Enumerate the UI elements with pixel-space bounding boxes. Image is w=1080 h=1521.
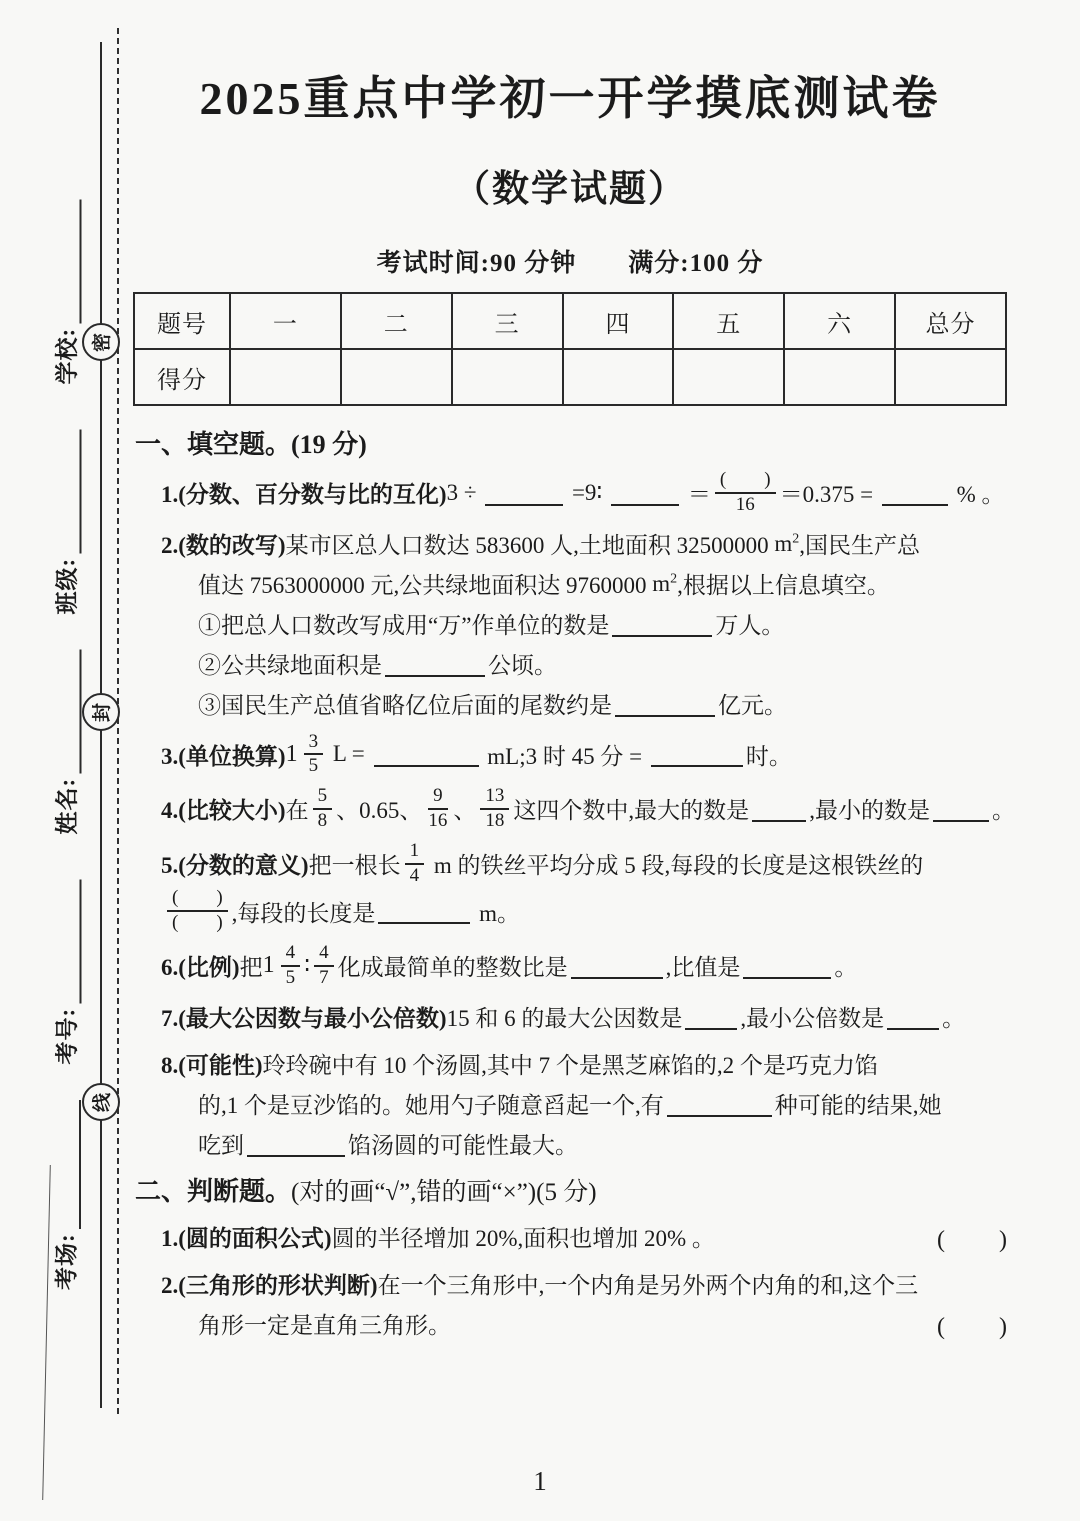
question: 4.(比较大小)在58、0.65、916、1318这四个数中,最大的数是,最小的…: [133, 785, 1015, 833]
whole-number: 1: [286, 741, 298, 768]
score-table-header-row: 题号一二三四五六总分: [134, 293, 1006, 349]
answer-blank: [247, 1131, 345, 1157]
question: 8.(可能性)玲玲碗中有 10 个汤圆,其中 7 个是黑芝麻馅的,2 个是巧克力…: [133, 1044, 1015, 1164]
answer-blank: [611, 480, 679, 506]
question-line: 5.(分数的意义)把一根长14 m 的铁丝平均分成 5 段,每段的长度是这根铁丝…: [133, 840, 1015, 888]
score-table-score-cell: [563, 349, 674, 405]
question-text: 种可能的结果,她: [775, 1087, 942, 1120]
score-table-score-cell: [895, 349, 1006, 405]
answer-blank: [743, 953, 831, 979]
question-text: 、0.65、: [336, 792, 422, 825]
denominator: 7: [317, 967, 331, 990]
question-text: ,国民生产总: [799, 527, 920, 560]
question-line: 1.(圆的面积公式)圆的半径增加 20%,面积也增加 20% 。( ): [133, 1217, 1015, 1257]
fraction: 14: [401, 840, 429, 888]
numerator: 5: [313, 785, 333, 810]
fraction: 58: [313, 785, 333, 833]
question-keyword: 1.(圆的面积公式): [161, 1220, 332, 1253]
question-text: L =: [327, 741, 370, 767]
seal-char-text: 线: [87, 1092, 114, 1111]
fraction: 58: [309, 785, 337, 833]
score-table-score-row: 得分: [134, 349, 1006, 405]
margin-label: 考场:: [51, 1100, 81, 1290]
fraction: ( )16: [715, 469, 776, 517]
fraction: 1318: [480, 785, 509, 833]
question-text: ＝: [682, 476, 711, 509]
question-line: ②公共绿地面积是公顷。: [133, 644, 1015, 684]
unit-with-superscript: m2: [774, 531, 799, 557]
question-text: ,比值是: [666, 949, 741, 982]
question-text: 时。: [746, 738, 792, 771]
question-text: 在: [286, 792, 309, 825]
exam-paper-page: 学校:班级:姓名:考号:考场: 密封线 2025重点中学初一开学摸底测试卷 （数…: [0, 0, 1080, 1521]
margin-label: 学校:: [51, 200, 81, 385]
margin-label: 班级:: [51, 430, 81, 615]
question-text: 、: [453, 792, 476, 825]
unit-exponent: 2: [670, 571, 677, 586]
question-text: ,每段的长度是: [232, 895, 376, 928]
margin-fill-line: [42, 1165, 51, 1500]
question: 1.(圆的面积公式)圆的半径增加 20%,面积也增加 20% 。( ): [133, 1217, 1015, 1257]
answer-blank: [685, 1004, 737, 1030]
question-line: 7.(最大公因数与最小公倍数)15 和 6 的最大公因数是,最小公倍数是。: [133, 997, 1015, 1037]
denominator: 5: [307, 755, 321, 778]
margin-label-text: 考场:: [48, 1233, 81, 1290]
question-text: 吃到: [198, 1127, 244, 1160]
question-text: 值达 7563000000 元,公共绿地面积达 9760000: [198, 567, 652, 600]
unit-exponent: 2: [792, 531, 799, 546]
score-table-score-cell: [784, 349, 895, 405]
denominator: 5: [284, 967, 298, 990]
margin-fill-blank: [57, 650, 81, 774]
question-text: ,根据以上信息填空。: [677, 567, 890, 600]
score-table-header-cell: 总分: [895, 293, 1006, 349]
denominator: 16: [734, 494, 757, 517]
question-text: m。: [473, 895, 520, 928]
fraction: ( )( ): [163, 887, 232, 935]
answer-blank: [374, 741, 479, 767]
score-table: 题号一二三四五六总分得分: [133, 292, 1007, 406]
question-text: 在一个三角形中,一个内角是另外两个内角的和,这个三: [378, 1267, 919, 1300]
question-line: 2.(数的改写)某市区总人口数达 583600 人,土地面积 32500000 …: [133, 524, 1015, 564]
score-table-score-cell: [452, 349, 563, 405]
fraction: 47: [314, 942, 334, 990]
seal-char: 线: [82, 1083, 120, 1121]
question-text: 的,1 个是豆沙馅的。她用勺子随意舀起一个,有: [198, 1087, 664, 1120]
answer-blank: [651, 741, 743, 767]
question-text: 某市区总人口数达 583600 人,土地面积 32500000: [286, 527, 775, 560]
score-table-score-cell: [230, 349, 341, 405]
question-keyword: 二、判断题。: [135, 1171, 291, 1208]
answer-parentheses: ( ): [937, 1306, 1009, 1341]
answer-blank: [615, 691, 715, 717]
question: 7.(最大公因数与最小公倍数)15 和 6 的最大公因数是,最小公倍数是。: [133, 997, 1015, 1037]
seal-char-text: 密: [87, 332, 114, 351]
seal-char: 封: [82, 693, 120, 731]
numerator: 9: [428, 785, 448, 810]
question-line: 4.(比较大小)在58、0.65、916、1318这四个数中,最大的数是,最小的…: [133, 785, 1015, 833]
numerator: 4: [281, 942, 301, 967]
question-text: =9∶: [566, 480, 608, 506]
section-header: 一、填空题。(19 分): [133, 422, 1015, 462]
question-text: 玲玲碗中有 10 个汤圆,其中 7 个是黑芝麻馅的,2 个是巧克力馅: [263, 1047, 878, 1080]
numerator: 13: [480, 785, 509, 810]
question-text: m 的铁丝平均分成 5 段,每段的长度是这根铁丝的: [428, 847, 923, 880]
numerator: ( ): [167, 887, 228, 912]
question-text: 亿元。: [718, 687, 787, 720]
score-table-header-cell: 二: [341, 293, 452, 349]
answer-blank: [385, 651, 485, 677]
mixed-number: 145: [263, 942, 305, 990]
question-text: (对的画“√”,错的画“×”)(5 分): [291, 1172, 597, 1208]
question-text: 万人。: [715, 607, 784, 640]
score-table-score-cell: 得分: [134, 349, 230, 405]
question-text: ③国民生产总值省略亿位后面的尾数约是: [198, 687, 612, 720]
margin-fill-blank: [57, 430, 81, 554]
fraction: ( )16: [711, 469, 780, 517]
question: 5.(分数的意义)把一根长14 m 的铁丝平均分成 5 段,每段的长度是这根铁丝…: [133, 840, 1015, 935]
question-text: 这四个数中,最大的数是: [513, 792, 749, 825]
margin-fill-blank: [57, 1100, 81, 1229]
margin-label-text: 考号:: [48, 1008, 81, 1065]
question-text: 15 和 6 的最大公因数是: [447, 1000, 683, 1033]
margin-label: 姓名:: [51, 650, 81, 835]
question-line: 6.(比例)把145∶47化成最简单的整数比是,比值是。: [133, 942, 1015, 990]
question-text: 把: [240, 949, 263, 982]
question: 2.(数的改写)某市区总人口数达 583600 人,土地面积 32500000 …: [133, 524, 1015, 724]
question-text: mL;3 时 45 分 =: [482, 738, 648, 771]
fraction: ( )( ): [167, 887, 228, 935]
question: 3.(单位换算)135 L = mL;3 时 45 分 = 时。: [133, 731, 1015, 779]
denominator: 4: [408, 865, 422, 888]
question-text: ,最小的数是: [809, 792, 930, 825]
question-line: 值达 7563000000 元,公共绿地面积达 9760000 m2,根据以上信…: [133, 564, 1015, 604]
seal-char-text: 封: [87, 702, 114, 721]
unit-base: m: [652, 571, 670, 596]
unit-base: m: [774, 531, 792, 556]
question-text: 3 ÷: [447, 480, 483, 506]
numerator: 1: [405, 840, 425, 865]
question-text: ＝0.375 =: [780, 476, 879, 509]
unit-with-superscript: m2: [652, 571, 677, 597]
answer-parentheses: ( ): [937, 1219, 1009, 1254]
answer-blank: [571, 953, 663, 979]
question-text: 。: [834, 949, 857, 982]
numerator: 3: [304, 731, 324, 756]
score-table-header-cell: 一: [230, 293, 341, 349]
margin-fill-blank: [57, 200, 81, 324]
answer-blank: [378, 898, 470, 924]
exam-info-line: 考试时间:90 分钟 满分:100 分: [120, 243, 1020, 279]
answer-blank: [933, 796, 989, 822]
answer-blank: [667, 1091, 772, 1117]
question-text: 。: [942, 1000, 965, 1033]
fraction: 916: [422, 785, 453, 833]
question-text: % 。: [951, 476, 1005, 509]
question-text: 把一根长: [309, 847, 401, 880]
question-keyword: 5.(分数的意义): [161, 847, 309, 880]
question-keyword: 2.(数的改写): [161, 527, 286, 560]
score-table-header-cell: 四: [563, 293, 674, 349]
question-text: ①把总人口数改写成用“万”作单位的数是: [198, 607, 609, 640]
question-line: 吃到馅汤圆的可能性最大。: [133, 1124, 1015, 1164]
numerator: 4: [314, 942, 334, 967]
answer-blank: [887, 1004, 939, 1030]
fraction: 35: [304, 731, 324, 779]
denominator: ( ): [170, 912, 225, 935]
question-text: 角形一定是直角三角形。: [198, 1307, 451, 1340]
seal-char: 密: [82, 323, 120, 361]
answer-blank: [485, 480, 563, 506]
score-table-header-cell: 六: [784, 293, 895, 349]
answer-blank: [882, 480, 948, 506]
question-line: 2.(三角形的形状判断)在一个三角形中,一个内角是另外两个内角的和,这个三: [133, 1264, 1015, 1304]
question-line: 1.(分数、百分数与比的互化)3 ÷ =9∶ ＝( )16＝0.375 = % …: [133, 469, 1015, 517]
denominator: 8: [316, 810, 330, 833]
question-keyword: 一、填空题。(19 分): [135, 424, 367, 461]
whole-number: 1: [263, 952, 275, 979]
paper-title: 2025重点中学初一开学摸底测试卷: [120, 62, 1020, 128]
fraction: 14: [405, 840, 425, 888]
question-keyword: 1.(分数、百分数与比的互化): [161, 476, 447, 509]
question-keyword: 2.(三角形的形状判断): [161, 1267, 378, 1300]
margin-label-text: 学校:: [48, 328, 81, 385]
question-text: 馅汤圆的可能性最大。: [348, 1127, 578, 1160]
question-text: 。: [992, 792, 1015, 825]
fraction: 45: [281, 942, 301, 990]
question: 6.(比例)把145∶47化成最简单的整数比是,比值是。: [133, 942, 1015, 990]
denominator: 18: [483, 810, 506, 833]
score-table-header-cell: 五: [673, 293, 784, 349]
question-line: 3.(单位换算)135 L = mL;3 时 45 分 = 时。: [133, 731, 1015, 779]
page-number: 1: [0, 1466, 1080, 1497]
section-header: 二、判断题。(对的画“√”,错的画“×”)(5 分): [133, 1170, 1015, 1210]
score-table-header-cell: 题号: [134, 293, 230, 349]
question-content: 一、填空题。(19 分)1.(分数、百分数与比的互化)3 ÷ =9∶ ＝( )1…: [133, 416, 1015, 1344]
question-keyword: 4.(比较大小): [161, 792, 286, 825]
answer-blank: [612, 611, 712, 637]
question-line: 8.(可能性)玲玲碗中有 10 个汤圆,其中 7 个是黑芝麻馅的,2 个是巧克力…: [133, 1044, 1015, 1084]
margin-label-text: 班级:: [48, 558, 81, 615]
numerator: ( ): [715, 469, 776, 494]
question-line: 角形一定是直角三角形。( ): [133, 1304, 1015, 1344]
question-line: ①把总人口数改写成用“万”作单位的数是万人。: [133, 604, 1015, 644]
score-table-score-cell: [341, 349, 452, 405]
margin-fill-blank: [57, 880, 81, 1004]
question-keyword: 3.(单位换算): [161, 738, 286, 771]
question-text: ②公共绿地面积是: [198, 647, 382, 680]
question-line: ( )( ),每段的长度是 m。: [133, 887, 1015, 935]
score-table-header-cell: 三: [452, 293, 563, 349]
question: 2.(三角形的形状判断)在一个三角形中,一个内角是另外两个内角的和,这个三角形一…: [133, 1264, 1015, 1344]
question-keyword: 6.(比例): [161, 949, 240, 982]
fraction: 47: [310, 942, 338, 990]
paper-subtitle: （数学试题）: [120, 158, 1020, 212]
margin-label-text: 姓名:: [48, 778, 81, 835]
answer-blank: [752, 796, 806, 822]
question-keyword: 7.(最大公因数与最小公倍数): [161, 1000, 447, 1033]
fraction: 916: [426, 785, 449, 833]
mixed-number: 135: [286, 731, 328, 779]
question-keyword: 8.(可能性): [161, 1047, 263, 1080]
question-line: ③国民生产总值省略亿位后面的尾数约是亿元。: [133, 684, 1015, 724]
margin-label: 考号:: [51, 880, 81, 1065]
fraction: 1318: [476, 785, 513, 833]
question-text: 公顷。: [488, 647, 557, 680]
question-text: 化成最简单的整数比是: [338, 949, 568, 982]
question: 1.(分数、百分数与比的互化)3 ÷ =9∶ ＝( )16＝0.375 = % …: [133, 469, 1015, 517]
score-table-score-cell: [673, 349, 784, 405]
question-text: ,最小公倍数是: [740, 1000, 884, 1033]
question-line: 的,1 个是豆沙馅的。她用勺子随意舀起一个,有种可能的结果,她: [133, 1084, 1015, 1124]
denominator: 16: [426, 810, 449, 833]
question-text: 圆的半径增加 20%,面积也增加 20% 。: [332, 1220, 715, 1253]
